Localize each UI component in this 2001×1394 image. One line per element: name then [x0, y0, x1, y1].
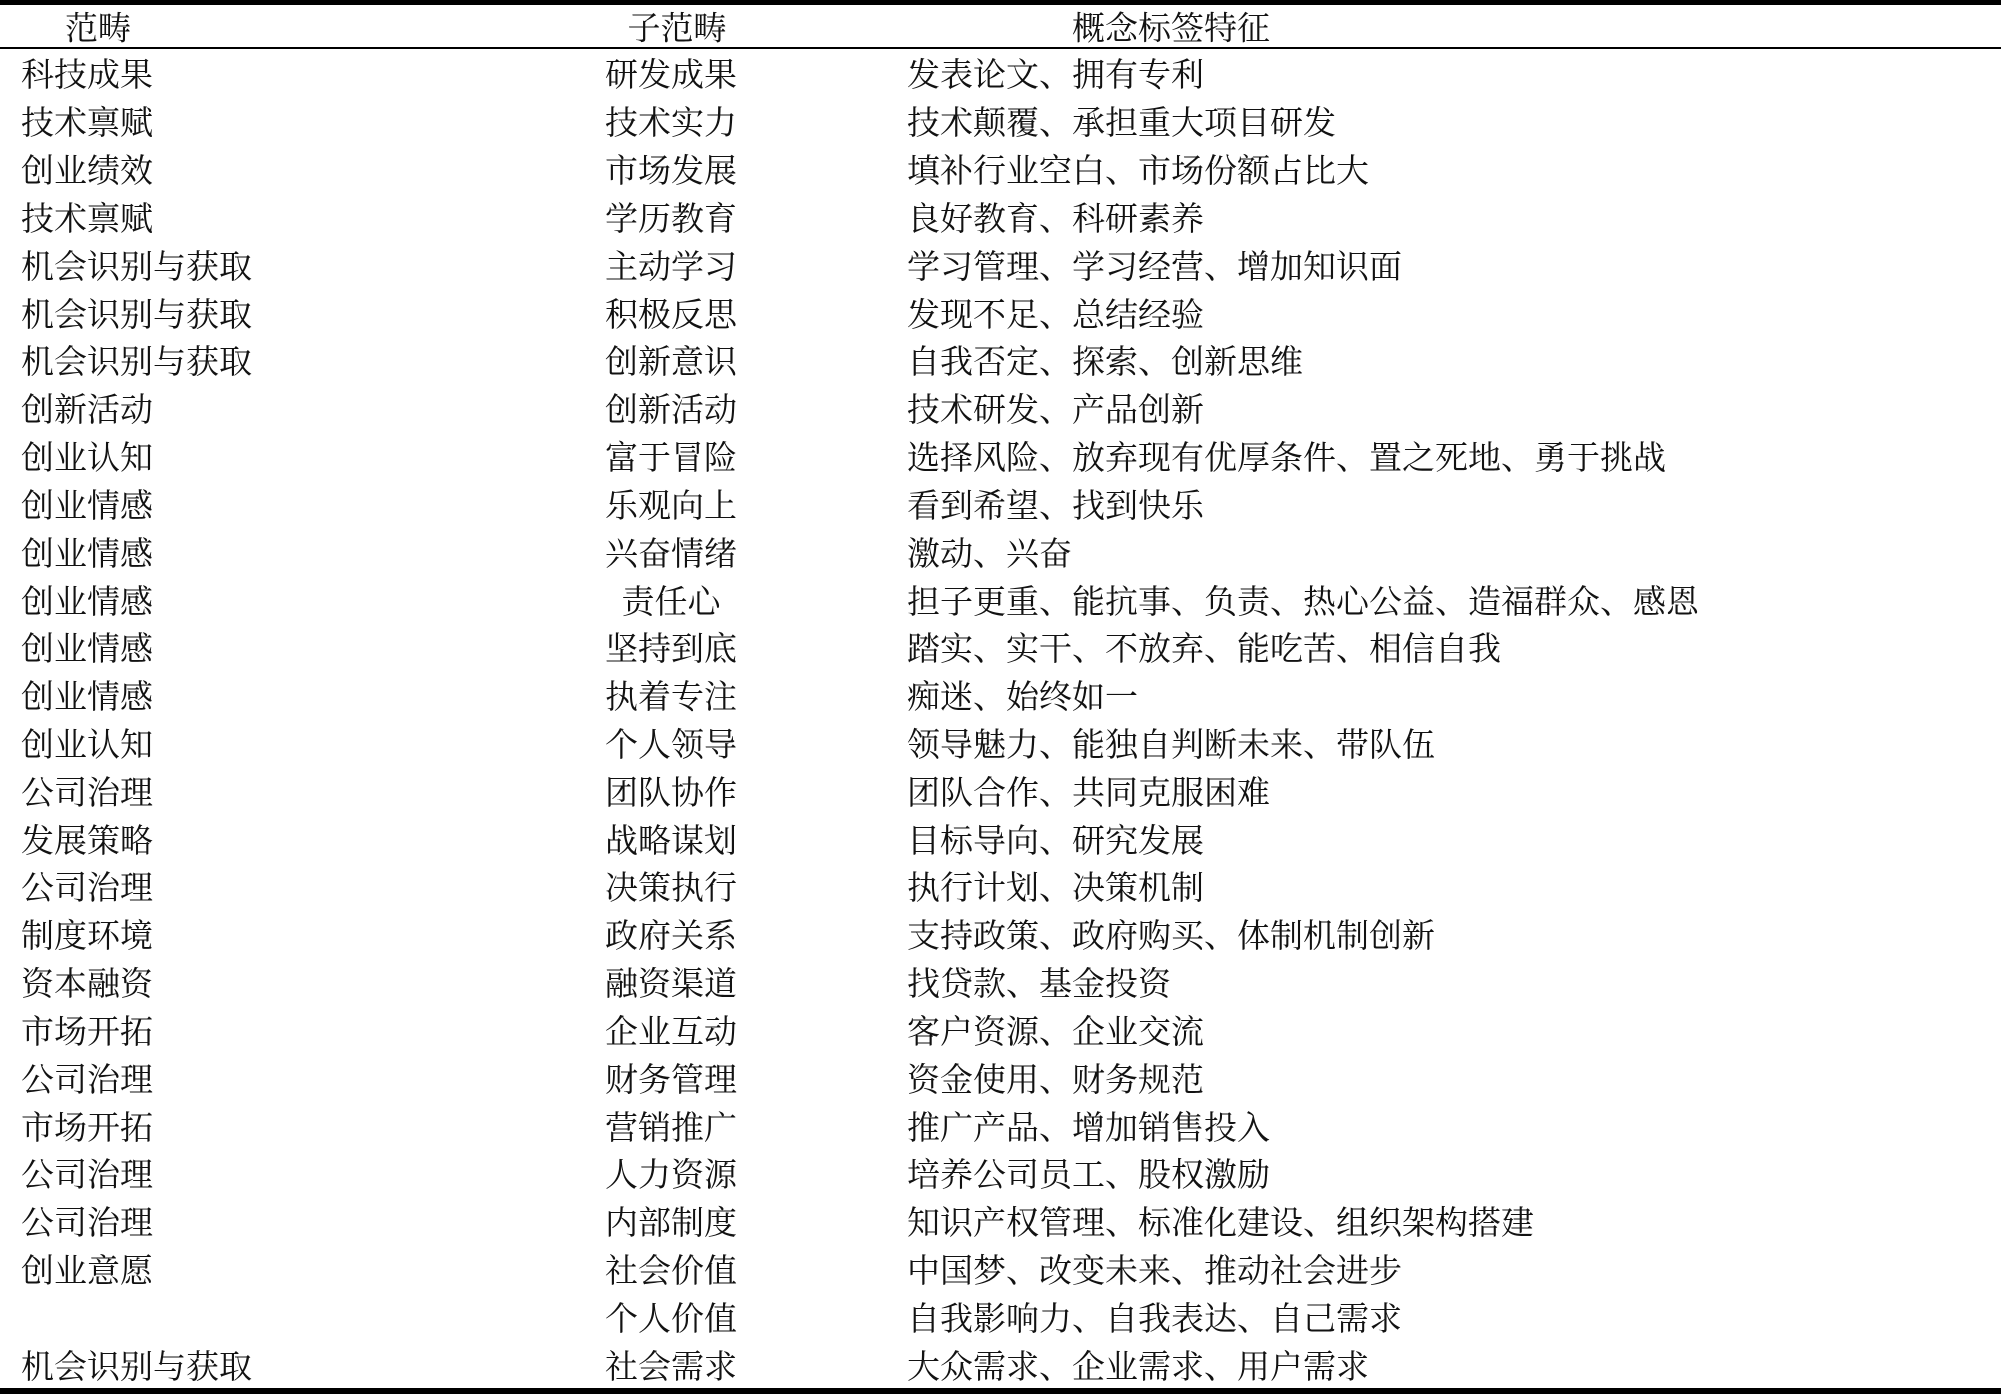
category-cell: 创业意愿 [0, 1245, 571, 1292]
table-row: 技术禀赋 技术实力 技术颠覆、承担重大项目研发 [0, 97, 2001, 145]
table-row: 创业情感 执着专注 痴迷、始终如一 [0, 671, 2001, 719]
subcategory-cell: 社会价值 [571, 1245, 771, 1292]
category-cell: 创业情感 [0, 623, 571, 670]
category-cell: 资本融资 [0, 958, 571, 1005]
subcategory-cell: 团队协作 [571, 767, 771, 814]
subcategory-cell: 融资渠道 [571, 958, 771, 1005]
features-cell: 客户资源、企业交流 [771, 1006, 2001, 1053]
features-cell: 支持政策、政府购买、体制机制创新 [771, 910, 2001, 957]
features-cell: 填补行业空白、市场份额占比大 [771, 145, 2001, 192]
category-cell: 创业情感 [0, 528, 571, 575]
paper-table-page: 范畴 子范畴 概念标签特征 科技成果 研发成果 发表论文、拥有专利 技术禀赋 技… [0, 0, 2001, 1394]
category-cell: 技术禀赋 [0, 97, 571, 144]
table-body: 科技成果 研发成果 发表论文、拥有专利 技术禀赋 技术实力 技术颠覆、承担重大项… [0, 49, 2001, 1388]
features-cell: 学习管理、学习经营、增加知识面 [771, 241, 2001, 288]
table-row: 创业情感 坚持到底 踏实、实干、不放弃、能吃苦、相信自我 [0, 623, 2001, 671]
subcategory-cell: 社会需求 [571, 1341, 771, 1388]
concept-category-table: 范畴 子范畴 概念标签特征 科技成果 研发成果 发表论文、拥有专利 技术禀赋 技… [0, 0, 2001, 1394]
category-cell: 公司治理 [0, 1197, 571, 1244]
subcategory-cell: 责任心 [571, 576, 771, 623]
table-row: 机会识别与获取 积极反思 发现不足、总结经验 [0, 288, 2001, 336]
table-row: 机会识别与获取 社会需求 大众需求、企业需求、用户需求 [0, 1340, 2001, 1388]
features-cell: 痴迷、始终如一 [771, 671, 2001, 718]
category-cell: 创业情感 [0, 480, 571, 527]
subcategory-cell: 兴奋情绪 [571, 528, 771, 575]
category-cell: 公司治理 [0, 862, 571, 909]
features-cell: 踏实、实干、不放弃、能吃苦、相信自我 [771, 623, 2001, 670]
subcategory-cell: 人力资源 [571, 1149, 771, 1196]
subcategory-cell: 主动学习 [571, 241, 771, 288]
features-cell: 激动、兴奋 [771, 528, 2001, 575]
column-header-category: 范畴 [65, 3, 131, 50]
table-row: 科技成果 研发成果 发表论文、拥有专利 [0, 49, 2001, 97]
features-cell: 技术颠覆、承担重大项目研发 [771, 97, 2001, 144]
table-row: 创业情感 责任心 担子更重、能抗事、负责、热心公益、造福群众、感恩 [0, 575, 2001, 623]
category-cell: 机会识别与获取 [0, 289, 571, 336]
category-cell: 创业情感 [0, 576, 571, 623]
subcategory-cell: 研发成果 [571, 49, 771, 96]
table-row: 创业认知 个人领导 领导魅力、能独自判断未来、带队伍 [0, 719, 2001, 767]
category-cell: 创业绩效 [0, 145, 571, 192]
features-cell: 找贷款、基金投资 [771, 958, 2001, 1005]
features-cell: 发表论文、拥有专利 [771, 49, 2001, 96]
subcategory-cell: 个人领导 [571, 719, 771, 766]
category-cell: 制度环境 [0, 910, 571, 957]
table-row: 机会识别与获取 创新意识 自我否定、探索、创新思维 [0, 336, 2001, 384]
table-row: 技术禀赋 学历教育 良好教育、科研素养 [0, 192, 2001, 240]
table-header-row: 范畴 子范畴 概念标签特征 [0, 5, 2001, 49]
table-row: 创业认知 富于冒险 选择风险、放弃现有优厚条件、置之死地、勇于挑战 [0, 432, 2001, 480]
subcategory-cell: 营销推广 [571, 1102, 771, 1149]
category-cell: 创业情感 [0, 671, 571, 718]
table-row: 市场开拓 营销推广 推广产品、增加销售投入 [0, 1101, 2001, 1149]
features-cell: 培养公司员工、股权激励 [771, 1149, 2001, 1196]
features-cell: 技术研发、产品创新 [771, 384, 2001, 431]
table-row: 创业情感 兴奋情绪 激动、兴奋 [0, 527, 2001, 575]
features-cell: 团队合作、共同克服困难 [771, 767, 2001, 814]
table-row: 制度环境 政府关系 支持政策、政府购买、体制机制创新 [0, 910, 2001, 958]
category-cell: 发展策略 [0, 815, 571, 862]
category-cell: 技术禀赋 [0, 193, 571, 240]
column-header-features: 概念标签特征 [1072, 3, 1270, 50]
table-row: 发展策略 战略谋划 目标导向、研究发展 [0, 814, 2001, 862]
features-cell: 大众需求、企业需求、用户需求 [771, 1341, 2001, 1388]
features-cell: 自我否定、探索、创新思维 [771, 336, 2001, 383]
category-cell: 公司治理 [0, 767, 571, 814]
subcategory-cell: 决策执行 [571, 862, 771, 909]
subcategory-cell: 战略谋划 [571, 815, 771, 862]
subcategory-cell: 个人价值 [571, 1293, 771, 1340]
table-row: 公司治理 内部制度 知识产权管理、标准化建设、组织架构搭建 [0, 1197, 2001, 1245]
table-row: 个人价值 自我影响力、自我表达、自己需求 [0, 1293, 2001, 1341]
subcategory-cell: 积极反思 [571, 289, 771, 336]
subcategory-cell: 乐观向上 [571, 480, 771, 527]
category-cell: 创新活动 [0, 384, 571, 431]
features-cell: 担子更重、能抗事、负责、热心公益、造福群众、感恩 [771, 576, 2001, 623]
table-row: 创业绩效 市场发展 填补行业空白、市场份额占比大 [0, 145, 2001, 193]
table-row: 创业意愿 社会价值 中国梦、改变未来、推动社会进步 [0, 1245, 2001, 1293]
category-cell: 市场开拓 [0, 1006, 571, 1053]
subcategory-cell: 创新活动 [571, 384, 771, 431]
features-cell: 良好教育、科研素养 [771, 193, 2001, 240]
features-cell: 推广产品、增加销售投入 [771, 1102, 2001, 1149]
features-cell: 发现不足、总结经验 [771, 289, 2001, 336]
table-row: 公司治理 团队协作 团队合作、共同克服困难 [0, 766, 2001, 814]
column-header-subcategory: 子范畴 [628, 3, 727, 50]
features-cell: 知识产权管理、标准化建设、组织架构搭建 [771, 1197, 2001, 1244]
table-row: 公司治理 财务管理 资金使用、财务规范 [0, 1053, 2001, 1101]
features-cell: 执行计划、决策机制 [771, 862, 2001, 909]
subcategory-cell: 技术实力 [571, 97, 771, 144]
features-cell: 资金使用、财务规范 [771, 1054, 2001, 1101]
table-row: 公司治理 人力资源 培养公司员工、股权激励 [0, 1149, 2001, 1197]
category-cell: 机会识别与获取 [0, 241, 571, 288]
category-cell: 机会识别与获取 [0, 1341, 571, 1388]
subcategory-cell: 创新意识 [571, 336, 771, 383]
table-row: 公司治理 决策执行 执行计划、决策机制 [0, 862, 2001, 910]
category-cell: 公司治理 [0, 1149, 571, 1196]
features-cell: 领导魅力、能独自判断未来、带队伍 [771, 719, 2001, 766]
features-cell: 选择风险、放弃现有优厚条件、置之死地、勇于挑战 [771, 432, 2001, 479]
table-row: 机会识别与获取 主动学习 学习管理、学习经营、增加知识面 [0, 240, 2001, 288]
subcategory-cell: 政府关系 [571, 910, 771, 957]
table-row: 资本融资 融资渠道 找贷款、基金投资 [0, 958, 2001, 1006]
table-row: 市场开拓 企业互动 客户资源、企业交流 [0, 1006, 2001, 1054]
category-cell: 科技成果 [0, 49, 571, 96]
category-cell: 市场开拓 [0, 1102, 571, 1149]
subcategory-cell: 富于冒险 [571, 432, 771, 479]
category-cell: 创业认知 [0, 432, 571, 479]
subcategory-cell: 市场发展 [571, 145, 771, 192]
category-cell: 公司治理 [0, 1054, 571, 1101]
category-cell: 创业认知 [0, 719, 571, 766]
subcategory-cell: 财务管理 [571, 1054, 771, 1101]
features-cell: 看到希望、找到快乐 [771, 480, 2001, 527]
table-row: 创业情感 乐观向上 看到希望、找到快乐 [0, 479, 2001, 527]
category-cell: 机会识别与获取 [0, 336, 571, 383]
features-cell: 自我影响力、自我表达、自己需求 [771, 1293, 2001, 1340]
subcategory-cell: 学历教育 [571, 193, 771, 240]
features-cell: 中国梦、改变未来、推动社会进步 [771, 1245, 2001, 1292]
subcategory-cell: 企业互动 [571, 1006, 771, 1053]
features-cell: 目标导向、研究发展 [771, 815, 2001, 862]
subcategory-cell: 内部制度 [571, 1197, 771, 1244]
subcategory-cell: 坚持到底 [571, 623, 771, 670]
table-row: 创新活动 创新活动 技术研发、产品创新 [0, 384, 2001, 432]
subcategory-cell: 执着专注 [571, 671, 771, 718]
